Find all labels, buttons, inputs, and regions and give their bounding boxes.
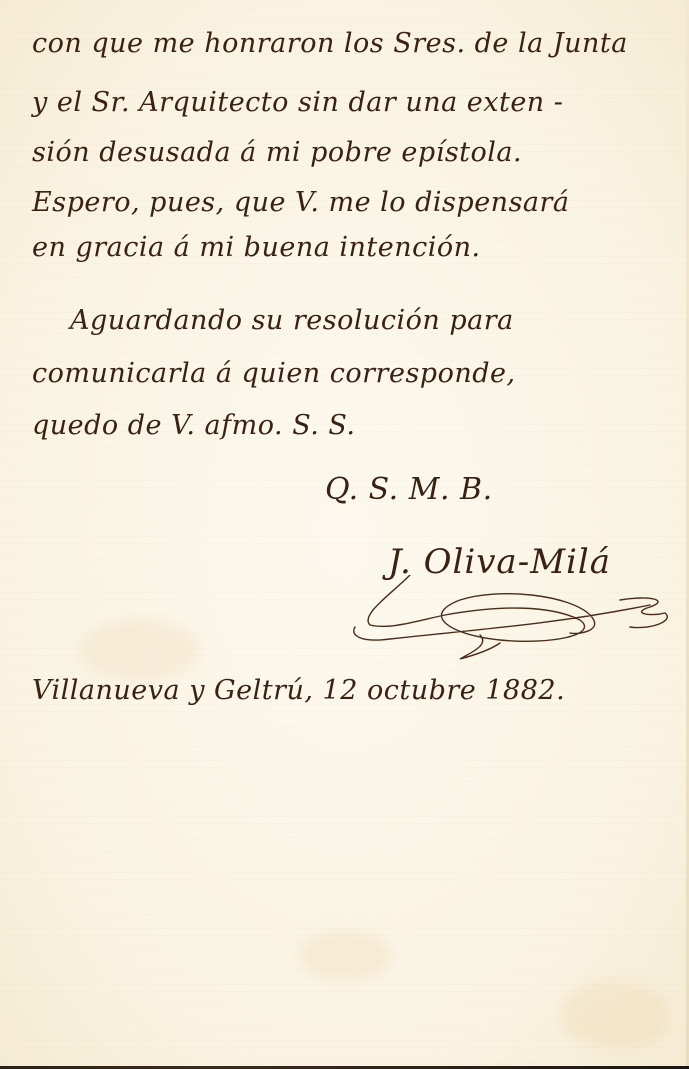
letter-page: con que me honraron los Sres. de la Junt…: [0, 0, 689, 1069]
closing-formula: Q. S. M. B.: [325, 472, 493, 507]
letter-line-1: con que me honraron los Sres. de la Junt…: [32, 28, 628, 59]
letter-line-6: Aguardando su resolución para: [70, 305, 514, 336]
signature-flourish-icon: [350, 575, 680, 665]
letter-line-4: Espero, pues, que V. me lo dispensará: [32, 187, 570, 218]
letter-line-7: comunicarla á quien corresponde,: [32, 358, 516, 389]
letter-line-2: y el Sr. Arquitecto sin dar una exten -: [32, 87, 563, 118]
letter-line-8: quedo de V. afmo. S. S.: [32, 410, 356, 441]
paper-stain: [300, 930, 390, 980]
place-and-date: Villanueva y Geltrú, 12 octubre 1882.: [32, 675, 565, 706]
paper-stain: [80, 620, 200, 680]
letter-line-3: sión desusada á mi pobre epístola.: [32, 137, 522, 168]
paper-stain: [560, 980, 670, 1050]
letter-line-5: en gracia á mi buena intención.: [32, 232, 481, 263]
